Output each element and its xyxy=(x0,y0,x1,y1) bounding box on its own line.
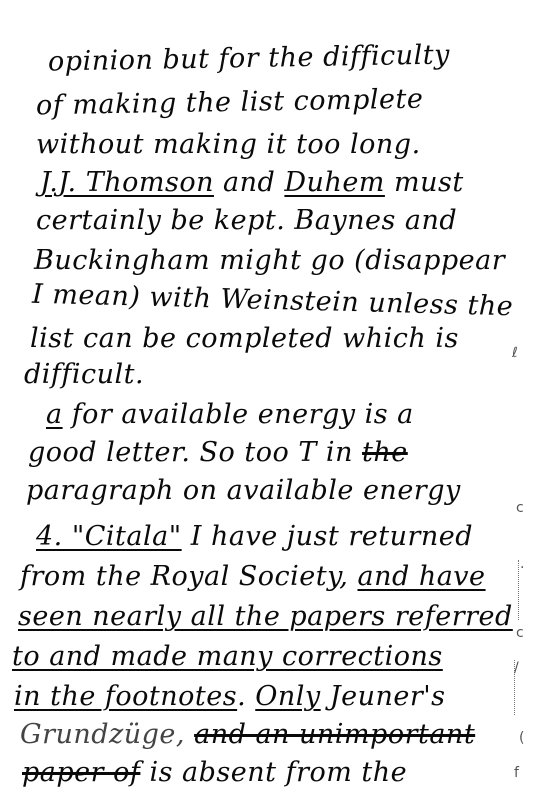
line-text: list can be completed which is xyxy=(30,323,459,354)
line-text: Buckingham might go (disappear xyxy=(34,245,505,276)
margin-mark: f xyxy=(514,765,519,781)
line-text: and xyxy=(214,167,284,198)
section-heading-citala: 4. "Citala" xyxy=(36,521,182,552)
manuscript-line-14: from the Royal Society, and have xyxy=(20,560,486,594)
line-text: Jeuner's xyxy=(321,681,446,712)
manuscript-line-3: without making it too long. xyxy=(36,128,421,162)
line-text: paragraph on available energy xyxy=(26,475,461,506)
line-text: for available energy is a xyxy=(63,399,414,430)
margin-mark: c xyxy=(516,500,524,516)
struck-word: the xyxy=(362,437,408,468)
manuscript-line-12: paragraph on available energy xyxy=(26,474,461,508)
manuscript-line-13: 4. "Citala" I have just returned xyxy=(36,520,473,554)
line-text: Grundzüge, xyxy=(20,719,194,750)
margin-mark: ℓ xyxy=(512,345,518,361)
name-duhem-underlined: Duhem xyxy=(284,167,385,198)
manuscript-line-8: list can be completed which is xyxy=(30,322,459,356)
margin-mark: / xyxy=(514,660,519,676)
underlined-phrase: to and made many corrections xyxy=(12,641,443,672)
line-text: I mean) with Weinstein unless the xyxy=(32,279,514,323)
margin-mark: ( xyxy=(519,730,524,746)
manuscript-line-17: in the footnotes. Only Jeuner's xyxy=(14,680,446,714)
line-text: good letter. So too T in xyxy=(28,437,362,468)
underlined-word-only: Only xyxy=(255,681,320,712)
manuscript-line-2: of making the list complete xyxy=(36,83,424,124)
line-text: from the Royal Society, xyxy=(20,561,357,592)
manuscript-line-19: paper of is absent from the xyxy=(22,756,407,790)
manuscript-line-6: Buckingham might go (disappear xyxy=(34,244,505,278)
manuscript-line-10: a for available energy is a xyxy=(46,398,414,432)
line-text: must xyxy=(385,167,464,198)
line-text: . xyxy=(237,681,255,712)
line-text: difficult. xyxy=(24,359,144,390)
manuscript-line-16: to and made many corrections xyxy=(12,640,443,674)
symbol-a-underlined: a xyxy=(46,399,63,430)
manuscript-line-7: I mean) with Weinstein unless the xyxy=(32,278,514,325)
margin-dotted-rule xyxy=(518,560,519,620)
line-text: without making it too long. xyxy=(36,129,421,160)
manuscript-line-4: J.J. Thomson and Duhem must xyxy=(40,166,464,200)
manuscript-line-15: seen nearly all the papers referred xyxy=(18,600,513,634)
line-text: of making the list complete xyxy=(36,84,424,122)
underlined-phrase: seen nearly all the papers referred xyxy=(18,601,513,632)
line-text: is absent from the xyxy=(140,757,407,788)
manuscript-line-18: Grundzüge, and an unimportant xyxy=(20,718,475,752)
manuscript-line-9: difficult. xyxy=(24,358,144,392)
manuscript-line-11: good letter. So too T in the xyxy=(28,436,408,470)
line-text: opinion but for the difficulty xyxy=(48,39,450,77)
struck-phrase: and an unimportant xyxy=(194,719,475,750)
underlined-phrase: and have xyxy=(357,561,485,592)
manuscript-line-1: opinion but for the difficulty xyxy=(48,38,450,79)
struck-phrase: paper of xyxy=(22,757,140,788)
name-thomson-underlined: J.J. Thomson xyxy=(40,167,214,198)
line-text: certainly be kept. Baynes and xyxy=(36,205,457,236)
line-text: I have just returned xyxy=(182,521,473,552)
manuscript-page: opinion but for the difficulty of making… xyxy=(0,0,533,810)
margin-mark: c xyxy=(516,625,524,641)
margin-mark: · xyxy=(520,560,524,576)
manuscript-line-5: certainly be kept. Baynes and xyxy=(36,204,457,238)
underlined-phrase: in the footnotes xyxy=(14,681,237,712)
